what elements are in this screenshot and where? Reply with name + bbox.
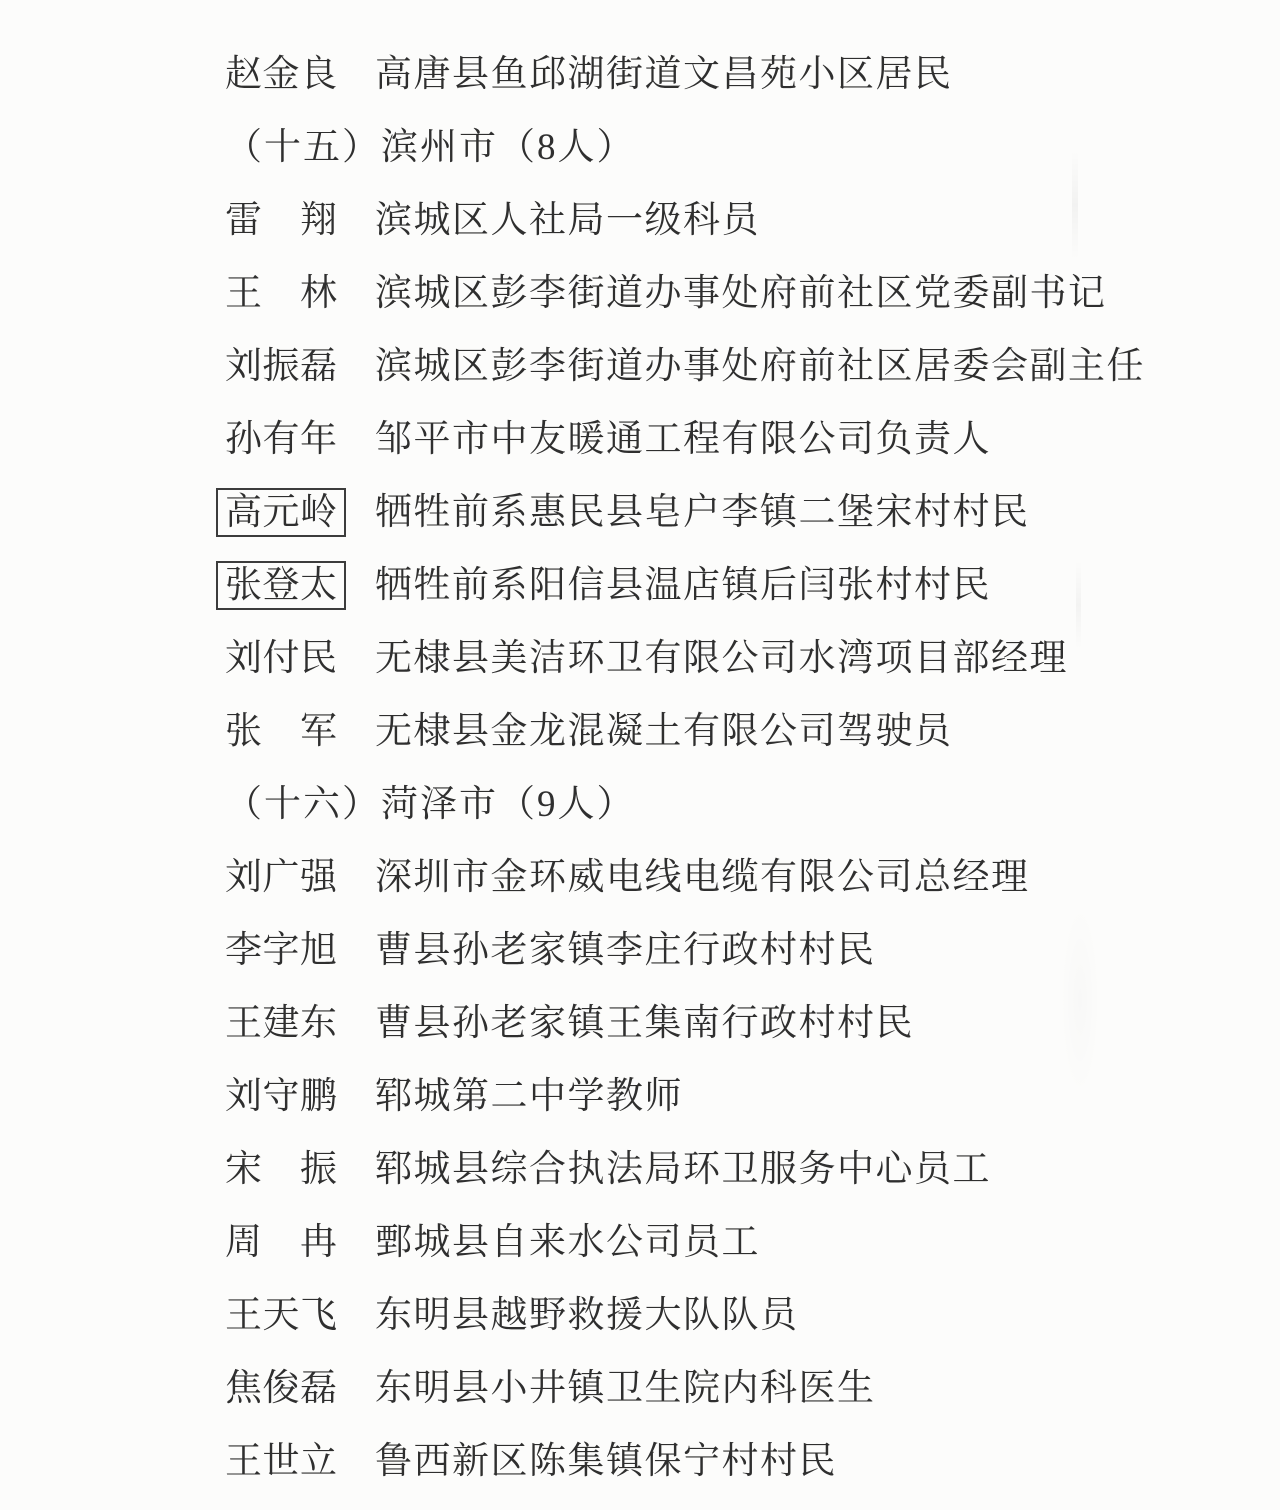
section-heading-label: （十六）菏泽市（9人） — [225, 786, 636, 823]
name-column: 刘付民 — [225, 634, 375, 683]
list-item: 刘守鹏 郓城第二中学教师 — [0, 1060, 1280, 1133]
person-description: 东明县小井镇卫生院内科医生 — [375, 1370, 1280, 1407]
name-column: 王世立 — [225, 1437, 375, 1486]
person-description: 高唐县鱼邱湖街道文昌苑小区居民 — [375, 56, 1280, 93]
person-description: 鲁西新区陈集镇保宁村村民 — [375, 1443, 1280, 1480]
name-box: 高元岭 — [216, 488, 346, 537]
name-box: 赵金良 — [216, 50, 346, 99]
list-item: 宋振 郓城县综合执法局环卫服务中心员工 — [0, 1133, 1280, 1206]
person-description: 曹县孙老家镇王集南行政村村民 — [375, 1005, 1280, 1042]
person-name: 张军 — [225, 713, 337, 750]
scanned-document: { "page": { "background_color": "#fcfcfb… — [0, 0, 1280, 1510]
name-column: 周冉 — [225, 1218, 375, 1267]
person-name: 刘振磊 — [225, 348, 337, 385]
list-item: 王天飞 东明县越野救援大队队员 — [0, 1279, 1280, 1352]
name-box: 张登太 — [216, 561, 346, 610]
person-name: 雷翔 — [225, 202, 337, 239]
person-description: 邹平市中友暖通工程有限公司负责人 — [375, 421, 1280, 458]
person-name: 焦俊磊 — [225, 1370, 337, 1407]
name-box: 王天飞 — [216, 1291, 346, 1340]
person-name: 宋振 — [225, 1151, 337, 1188]
name-box: 刘守鹏 — [216, 1072, 346, 1121]
name-column: 刘振磊 — [225, 342, 375, 391]
list-item: 赵金良 高唐县鱼邱湖街道文昌苑小区居民 — [0, 38, 1280, 111]
name-column: 焦俊磊 — [225, 1364, 375, 1413]
list-item: 孙有年 邹平市中友暖通工程有限公司负责人 — [0, 403, 1280, 476]
person-name: 王林 — [225, 275, 337, 312]
list-item: 刘振磊 滨城区彭李街道办事处府前社区居委会副主任 — [0, 330, 1280, 403]
name-box: 孙有年 — [216, 415, 346, 464]
list-item: 周冉 鄄城县自来水公司员工 — [0, 1206, 1280, 1279]
name-column: 李字旭 — [225, 926, 375, 975]
name-box: 王世立 — [216, 1437, 346, 1486]
person-description: 东明县越野救援大队队员 — [375, 1297, 1280, 1334]
section-heading: （十六）菏泽市（9人） — [0, 768, 1280, 841]
person-name: 孙有年 — [225, 421, 337, 458]
name-box: 刘付民 — [216, 634, 346, 683]
person-description: 郓城第二中学教师 — [375, 1078, 1280, 1115]
list-item: 张登太 牺牲前系阳信县温店镇后闫张村村民 — [0, 549, 1280, 622]
person-description: 牺牲前系阳信县温店镇后闫张村村民 — [375, 567, 1280, 604]
name-column: 宋振 — [225, 1145, 375, 1194]
name-box: 宋振 — [216, 1145, 346, 1194]
person-name: 王天飞 — [225, 1297, 337, 1334]
person-name: 李字旭 — [225, 932, 337, 969]
name-column: 刘广强 — [225, 853, 375, 902]
list-item: 雷翔 滨城区人社局一级科员 — [0, 184, 1280, 257]
person-description: 郓城县综合执法局环卫服务中心员工 — [375, 1151, 1280, 1188]
name-column: 赵金良 — [225, 50, 375, 99]
name-column: 雷翔 — [225, 196, 375, 245]
name-box: 焦俊磊 — [216, 1364, 346, 1413]
name-column: 王天飞 — [225, 1291, 375, 1340]
section-heading-label: （十五）滨州市（8人） — [225, 129, 636, 166]
section-heading: （十五）滨州市（8人） — [0, 111, 1280, 184]
person-name: 王世立 — [225, 1443, 337, 1480]
person-name: 刘守鹏 — [225, 1078, 337, 1115]
list-item: 王林 滨城区彭李街道办事处府前社区党委副书记 — [0, 257, 1280, 330]
name-column: 刘守鹏 — [225, 1072, 375, 1121]
person-description: 滨城区彭李街道办事处府前社区居委会副主任 — [375, 348, 1280, 385]
person-description: 滨城区人社局一级科员 — [375, 202, 1280, 239]
list-item: 焦俊磊 东明县小井镇卫生院内科医生 — [0, 1352, 1280, 1425]
person-name: 赵金良 — [225, 56, 337, 93]
name-column: 张登太 — [225, 561, 375, 610]
person-name: 刘广强 — [225, 859, 337, 896]
list-item: 张军 无棣县金龙混凝土有限公司驾驶员 — [0, 695, 1280, 768]
list-item: 高元岭 牺牲前系惠民县皂户李镇二堡宋村村民 — [0, 476, 1280, 549]
list-item: 李字旭 曹县孙老家镇李庄行政村村民 — [0, 914, 1280, 987]
list-item: 刘付民 无棣县美洁环卫有限公司水湾项目部经理 — [0, 622, 1280, 695]
name-column: 王建东 — [225, 999, 375, 1048]
name-column: 王林 — [225, 269, 375, 318]
person-description: 深圳市金环威电线电缆有限公司总经理 — [375, 859, 1280, 896]
name-box: 刘振磊 — [216, 342, 346, 391]
name-box: 周冉 — [216, 1218, 346, 1267]
person-description: 牺牲前系惠民县皂户李镇二堡宋村村民 — [375, 494, 1280, 531]
list-item: 王世立 鲁西新区陈集镇保宁村村民 — [0, 1425, 1280, 1498]
person-name: 周冉 — [225, 1224, 337, 1261]
person-description: 鄄城县自来水公司员工 — [375, 1224, 1280, 1261]
person-name: 刘付民 — [225, 640, 337, 677]
document-page: 赵金良 高唐县鱼邱湖街道文昌苑小区居民 （十五）滨州市（8人） 雷翔 滨城区人社… — [0, 38, 1280, 1498]
list-item: 王建东 曹县孙老家镇王集南行政村村民 — [0, 987, 1280, 1060]
person-name: 高元岭 — [225, 494, 337, 531]
person-description: 无棣县美洁环卫有限公司水湾项目部经理 — [375, 640, 1280, 677]
name-column: 高元岭 — [225, 488, 375, 537]
person-description: 曹县孙老家镇李庄行政村村民 — [375, 932, 1280, 969]
person-description: 无棣县金龙混凝土有限公司驾驶员 — [375, 713, 1280, 750]
person-description: 滨城区彭李街道办事处府前社区党委副书记 — [375, 275, 1280, 312]
person-name: 张登太 — [225, 567, 337, 604]
name-box: 雷翔 — [216, 196, 346, 245]
name-box: 王建东 — [216, 999, 346, 1048]
name-box: 王林 — [216, 269, 346, 318]
name-box: 张军 — [216, 707, 346, 756]
name-column: 张军 — [225, 707, 375, 756]
name-box: 刘广强 — [216, 853, 346, 902]
person-name: 王建东 — [225, 1005, 337, 1042]
list-item: 刘广强 深圳市金环威电线电缆有限公司总经理 — [0, 841, 1280, 914]
name-column: 孙有年 — [225, 415, 375, 464]
name-box: 李字旭 — [216, 926, 346, 975]
